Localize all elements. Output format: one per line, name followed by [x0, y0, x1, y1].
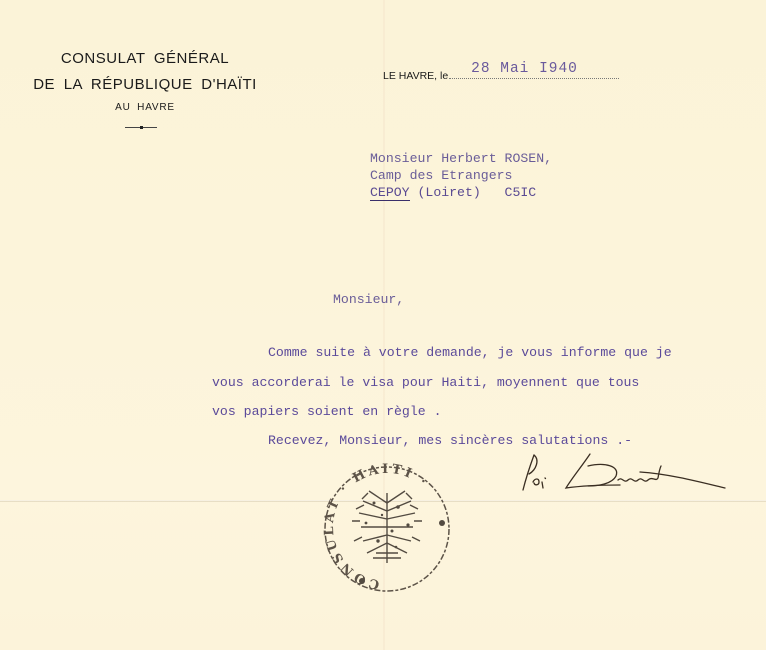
letterhead-ornament-rule	[125, 127, 157, 128]
body-line-3: vos papiers soient en règle .	[212, 403, 442, 420]
letter-page: CONSULAT GÉNÉRAL DE LA RÉPUBLIQUE D'HAÏT…	[0, 0, 766, 650]
date-prefix: LE HAVRE, le	[383, 70, 448, 82]
date-value: 28 Mai I940	[471, 61, 578, 77]
body-line-1: Comme suite à votre demande, je vous inf…	[268, 344, 672, 361]
salutation: Monsieur,	[333, 291, 404, 308]
body-line-2: vous accorderai le visa pour Haiti, moye…	[212, 374, 639, 391]
date-line: LE HAVRE, le 28 Mai I940	[383, 64, 619, 82]
date-dotted-field: 28 Mai I940	[449, 64, 619, 79]
recipient-location: CEPOY (Loiret) C5IC	[370, 184, 536, 201]
closing-line: Recevez, Monsieur, mes sincères salutati…	[268, 432, 632, 449]
letterhead-line-2: DE LA RÉPUBLIQUE D'HAÏTI	[20, 76, 270, 93]
recipient-camp: Camp des Etrangers	[370, 167, 512, 184]
letterhead-line-1: CONSULAT GÉNÉRAL	[20, 50, 270, 67]
consulate-seal-icon: CONSULAT · HAITI ·	[318, 463, 456, 593]
recipient-place-rest: (Loiret) C5IC	[410, 185, 537, 200]
scan-margin	[766, 0, 772, 650]
recipient-place: CEPOY	[370, 185, 410, 201]
recipient-name: Monsieur Herbert ROSEN,	[370, 150, 552, 167]
signature-icon	[520, 452, 740, 497]
letterhead-line-3: AU HAVRE	[20, 102, 270, 113]
